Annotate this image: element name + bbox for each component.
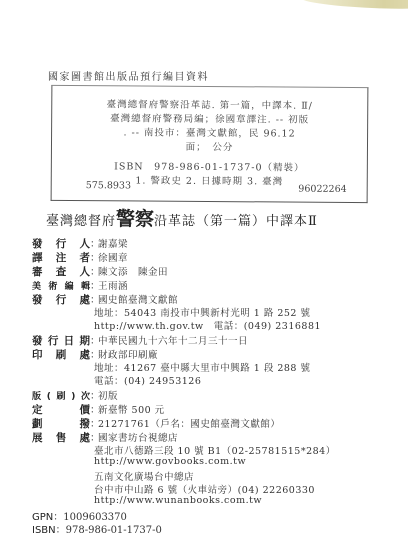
page-corner-shadow xyxy=(300,0,408,10)
cip-classification: 575.8933 xyxy=(86,180,131,191)
colophon-label: 展售處 xyxy=(32,430,90,445)
cip-record-number: 96022264 xyxy=(298,184,346,195)
cip-record-box: 臺灣總督府警察沿革誌. 第一篇，中譯本. Ⅱ/ 臺灣總督府警務局編；徐國章譯注.… xyxy=(51,85,369,203)
issuer-address: 地址：54043 南投市中興新村光明 1 路 252 號 xyxy=(94,305,311,319)
cip-heading: 國家圖書館出版品預行編目資料 xyxy=(48,68,209,83)
sales-store2-name: 五南文化廣場台中總店 xyxy=(94,469,194,483)
colophon-label: 發行處 xyxy=(32,292,90,307)
issuer-web-phone: http://www.th.gov.tw 電話：(049) 2316881 xyxy=(94,318,321,332)
sales-store2-url: http://www.wunanbooks.com.tw xyxy=(94,495,262,506)
isbn-value: 978-986-01-1737-0 xyxy=(66,525,162,536)
isbn-line: ISBN：978-986-01-1737-0 xyxy=(32,521,162,536)
title-suffix: 沿革誌（第一篇）中譯本Ⅱ xyxy=(154,214,318,229)
colophon-label: 印刷處 xyxy=(32,347,90,362)
printer-phone: 電話：(04) 24953126 xyxy=(94,373,201,387)
colophon-row-art-editor: 美術編輯：王雨涵 xyxy=(32,277,128,292)
sales-store1-url: http://www.govbooks.com.tw xyxy=(94,456,246,467)
colophon-row-edition: 版(刷)次：初版 xyxy=(32,387,118,402)
isbn-label: ISBN xyxy=(32,525,56,536)
sales-store2-address: 台中市中山路 6 號（火車站旁）(04) 22260330 xyxy=(94,482,315,496)
title-prefix: 臺灣總督府 xyxy=(46,214,116,229)
cip-line: 面； 公分 xyxy=(52,138,367,154)
title-emphasis: 警察 xyxy=(116,208,154,230)
printer-address: 地址：41267 臺中縣大里市中興路 1 段 288 號 xyxy=(94,360,311,374)
book-title: 臺灣總督府警察沿革誌（第一篇）中譯本Ⅱ xyxy=(46,204,318,231)
sales-store1-address: 臺北市八德路三段 10 號 B1（02-25781515*284） xyxy=(94,443,336,457)
